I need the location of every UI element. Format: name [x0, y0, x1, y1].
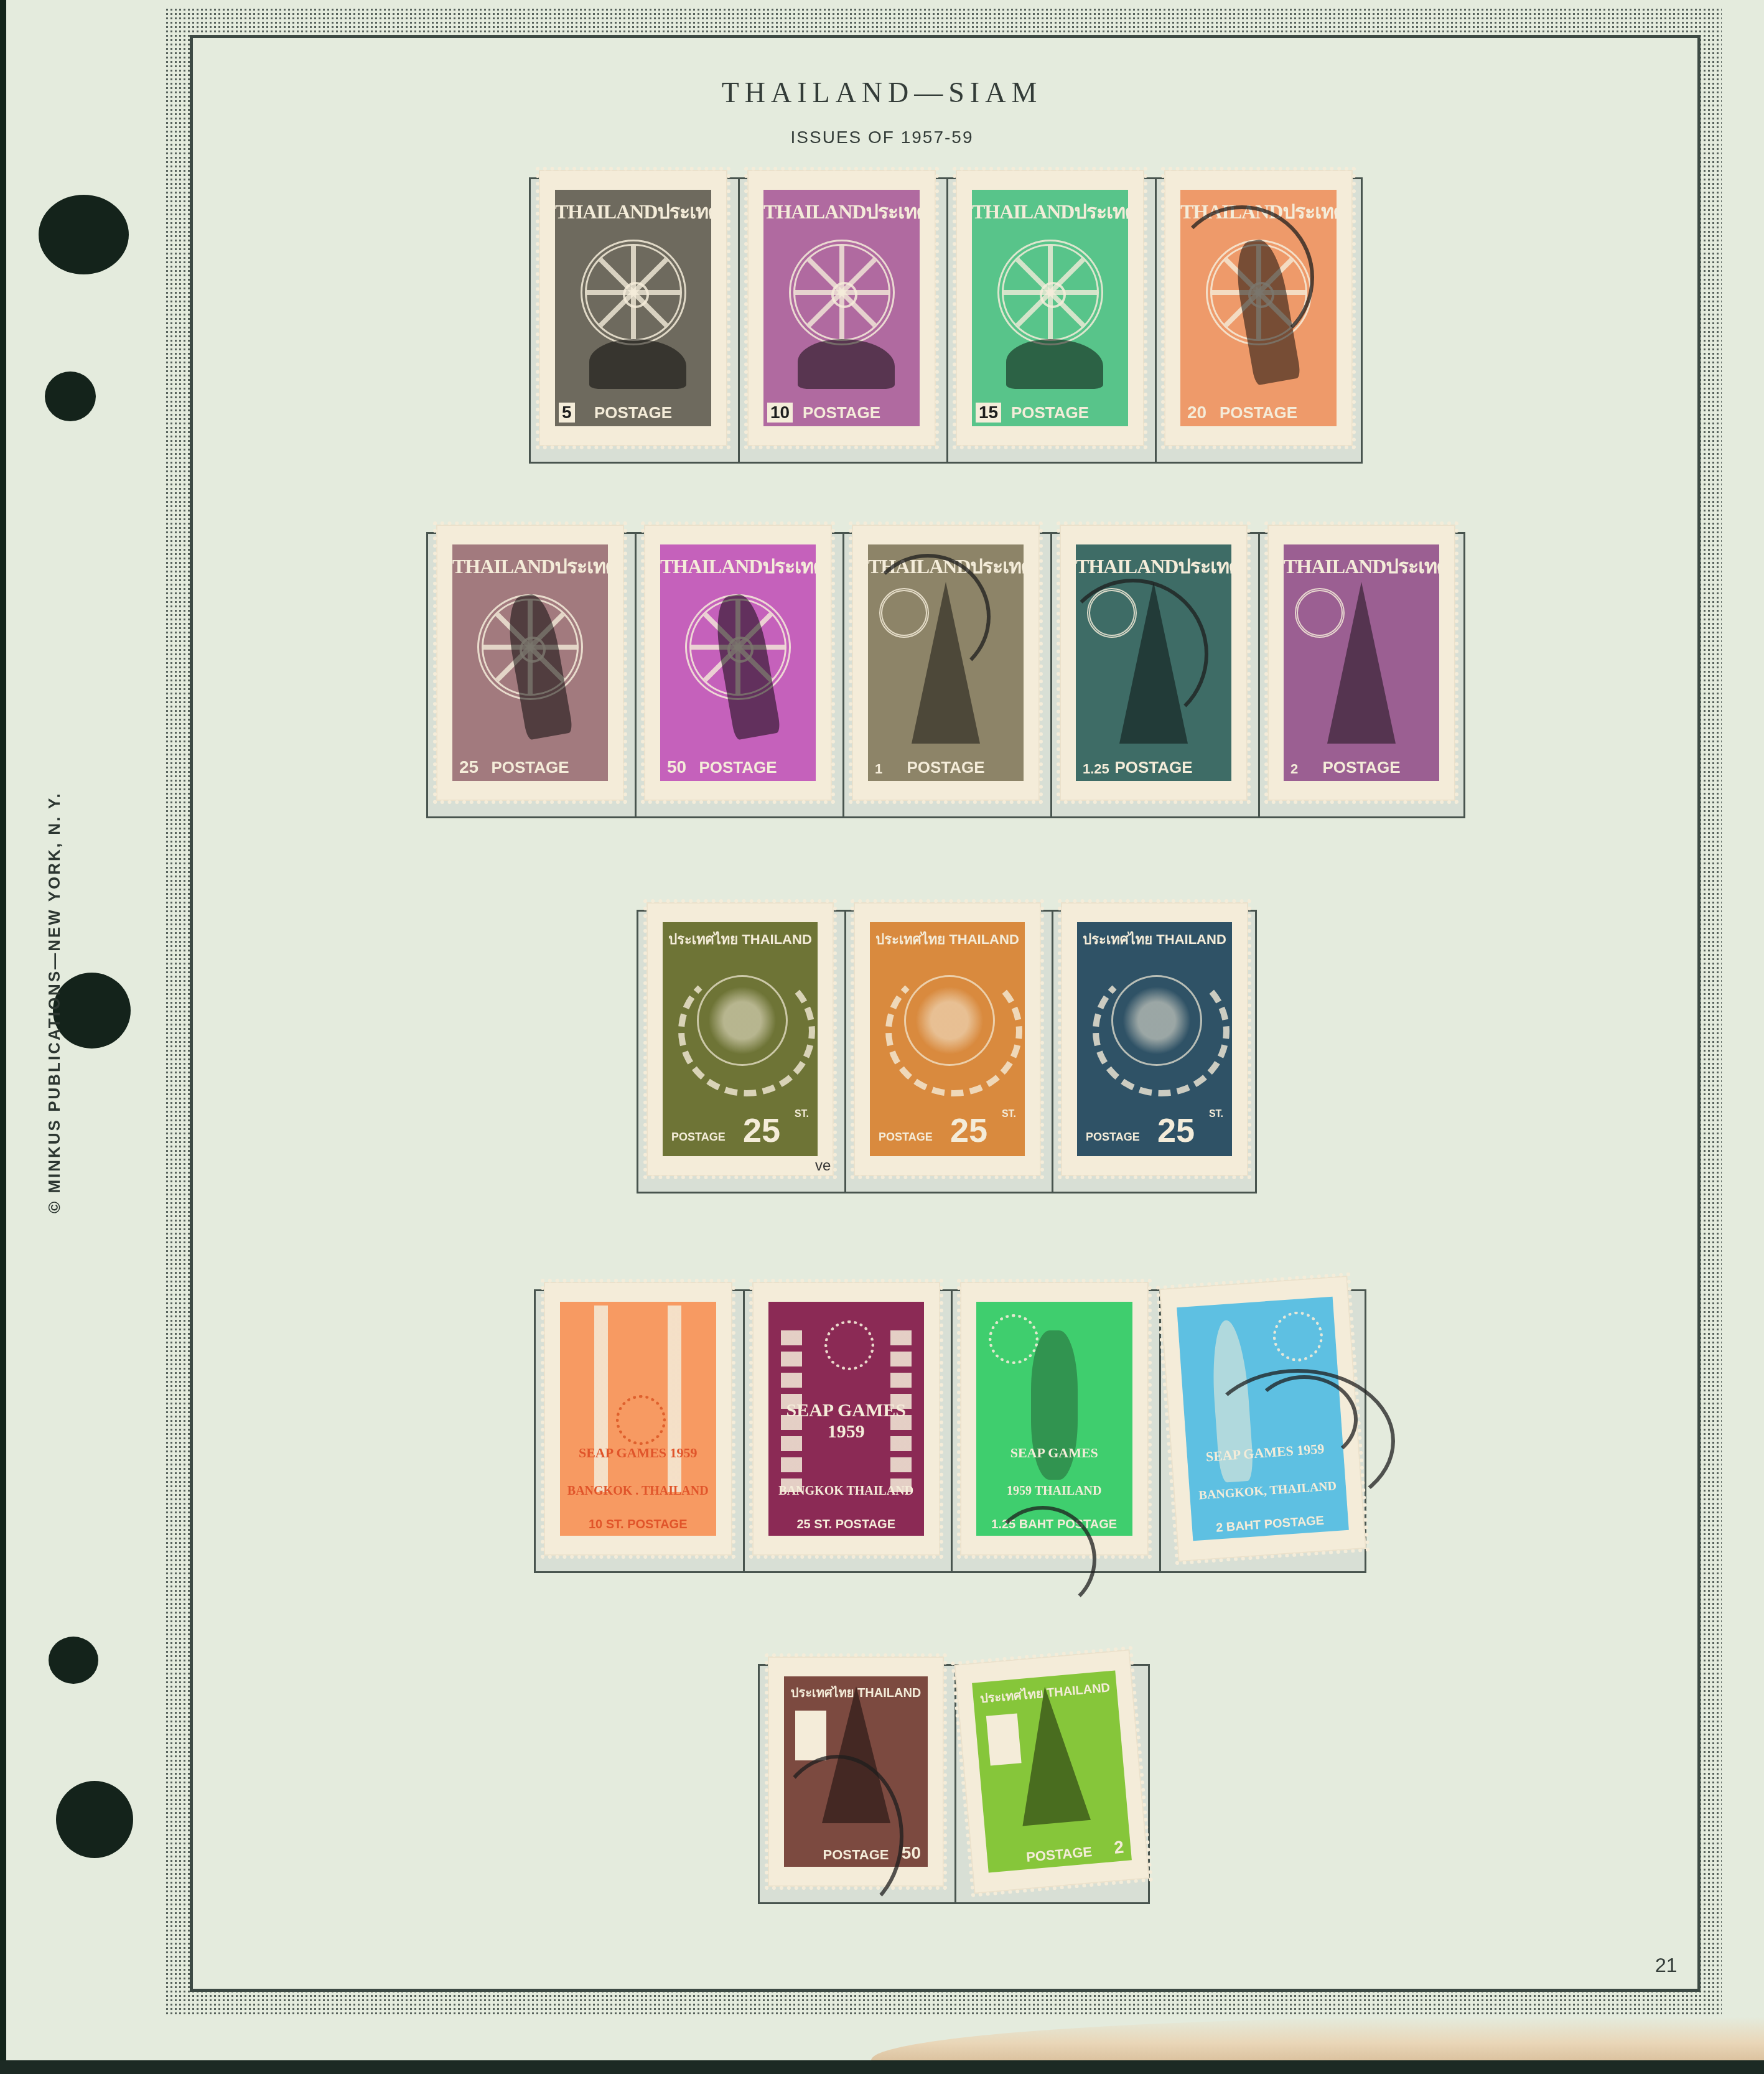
page-stain [871, 2017, 1764, 2060]
stamp[interactable]: THAILANDประเทศไทย25POSTAGE [437, 526, 623, 800]
temple-spire-icon [1010, 1684, 1091, 1826]
mount-divider [951, 1291, 953, 1571]
mount-divider [635, 534, 637, 816]
binder-hole [45, 371, 96, 421]
temple-spire-icon [912, 582, 980, 744]
temple-spire-icon [1119, 582, 1188, 744]
stamp-location-text: 1959 THAILAND [976, 1484, 1132, 1498]
stamp-country-text: THAILANDประเทศไทย [972, 196, 1128, 228]
stamp-design: SEAP GAMES 1959BANGKOK, THAILAND2 BAHT P… [1177, 1297, 1348, 1541]
seap-games-text: SEAP GAMES 1959 [560, 1445, 716, 1461]
stamp-design: THAILANDประเทศไทย50POSTAGE [660, 544, 816, 781]
binder-hole [56, 1781, 133, 1858]
stamp-postage-label: POSTAGE [452, 758, 608, 777]
stamp-postage-label: POSTAGE [1284, 758, 1439, 777]
stamp-country-text: ประเทศไทย THAILAND [663, 928, 818, 950]
stamp-unit: ST. [1209, 1109, 1223, 1120]
seap-rings-icon [1271, 1310, 1323, 1363]
stamp-country-text: THAILANDประเทศไทย [868, 551, 1024, 582]
stamp-design: THAILANDประเทศไทย1POSTAGE [868, 544, 1024, 781]
stamp[interactable]: THAILANDประเทศไทย1POSTAGE [853, 526, 1038, 800]
stamp[interactable]: ประเทศไทย THAILANDPOSTAGE2 [956, 1651, 1149, 1893]
mount-divider [738, 179, 740, 462]
dharma-wheel-icon [789, 240, 895, 345]
stamp[interactable]: ประเทศไทย THAILANDPOSTAGE25ST. [648, 904, 833, 1175]
stamp-postage-label: POSTAGE [1180, 403, 1337, 423]
stamp-design: SEAP GAMES 1959BANGKOK THAILAND25 ST. PO… [768, 1302, 925, 1536]
stamp[interactable]: SEAP GAMES1959 THAILAND1.25 BAHT POSTAGE [961, 1283, 1147, 1554]
stamp-design: SEAP GAMES 1959BANGKOK . THAILAND10 ST. … [560, 1302, 716, 1536]
mount-divider [1258, 534, 1260, 816]
stamp-postage-label: POSTAGE [1076, 758, 1231, 777]
seap-games-text: SEAP GAMES [976, 1445, 1132, 1461]
album-bottom-edge [0, 2060, 1764, 2074]
temple-spire-icon [822, 1686, 890, 1823]
binder-hole [49, 1637, 98, 1684]
deer-icon [1006, 339, 1103, 389]
stamp-value: 25 [1157, 1111, 1195, 1150]
stamp-postage-label: POSTAGE [879, 1131, 933, 1144]
stamp-country-text: THAILANDประเทศไทย [452, 551, 608, 582]
stamp[interactable]: THAILANDประเทศไทย5POSTAGE [540, 171, 726, 445]
stamp-design: THAILANDประเทศไทย1.25POSTAGE [1076, 544, 1231, 781]
binder-hole [39, 195, 129, 274]
dharma-wheel-icon [997, 240, 1103, 345]
stamp-postage-label: 10 ST. POSTAGE [560, 1518, 716, 1532]
stamp-country-text: ประเทศไทย THAILAND [1077, 928, 1232, 950]
stamp-value: 2 [1110, 1837, 1127, 1858]
stamp-postage-label: POSTAGE [1086, 1131, 1140, 1144]
dharma-wheel-icon [581, 240, 686, 345]
stamp[interactable]: SEAP GAMES 1959BANGKOK, THAILAND2 BAHT P… [1160, 1277, 1365, 1561]
temple-spire-icon [1327, 582, 1396, 744]
seap-games-text: SEAP GAMES 1959 [768, 1400, 925, 1442]
stamp-design: THAILANDประเทศไทย15POSTAGE [972, 190, 1128, 426]
un-globe-icon [1111, 975, 1202, 1066]
page-number: 21 [1655, 1954, 1678, 1977]
stamp-postage-label: 1.25 BAHT POSTAGE [976, 1518, 1132, 1532]
seap-rings-icon [824, 1320, 874, 1370]
stamp-location-text: BANGKOK THAILAND [768, 1484, 925, 1498]
mount-divider [743, 1291, 745, 1571]
stamp-value: 50 [898, 1843, 924, 1863]
mount-divider [844, 912, 846, 1192]
stamp[interactable]: SEAP GAMES 1959BANGKOK . THAILAND10 ST. … [545, 1283, 731, 1554]
stamp-country-text: THAILANDประเทศไทย [1180, 196, 1337, 228]
stamp-postage-label: POSTAGE [660, 758, 816, 777]
stamp-design: ประเทศไทย THAILANDPOSTAGE2 [972, 1671, 1132, 1873]
un-globe-icon [904, 975, 995, 1066]
stamp[interactable]: ประเทศไทย THAILANDPOSTAGE25ST. [855, 904, 1040, 1175]
stamp[interactable]: SEAP GAMES 1959BANGKOK THAILAND25 ST. PO… [754, 1283, 940, 1554]
stamp-design: THAILANDประเทศไทย25POSTAGE [452, 544, 608, 781]
stamp[interactable]: THAILANDประเทศไทย10POSTAGE [749, 171, 935, 445]
stamp-country-text: ประเทศไทย THAILAND [870, 928, 1025, 950]
stamp-unit: ST. [1002, 1109, 1016, 1120]
stamp-postage-label: POSTAGE [671, 1131, 726, 1144]
mount-divider [1050, 534, 1052, 816]
stamp-country-text: THAILANDประเทศไทย [763, 196, 920, 228]
stamp-design: THAILANDประเทศไทย5POSTAGE [555, 190, 711, 426]
mount-divider [842, 534, 844, 816]
page-title: THAILAND—SIAM [0, 76, 1764, 109]
seap-rings-icon [989, 1314, 1038, 1364]
stamp-location-text: BANGKOK . THAILAND [560, 1484, 716, 1498]
stamp[interactable]: THAILANDประเทศไทย50POSTAGE [645, 526, 831, 800]
copyright-text: © MINKUS PUBLICATIONS—NEW YORK, N. Y. [45, 529, 70, 1213]
stamp[interactable]: THAILANDประเทศไทย20POSTAGE [1165, 171, 1351, 445]
stamp-design: THAILANDประเทศไทย20POSTAGE [1180, 190, 1337, 426]
stamp-design: THAILANDประเทศไทย2POSTAGE [1284, 544, 1439, 781]
mount-divider [1052, 912, 1053, 1192]
stamp-design: SEAP GAMES1959 THAILAND1.25 BAHT POSTAGE [976, 1302, 1132, 1536]
stamp-postage-label: POSTAGE [555, 403, 711, 423]
stamp[interactable]: THAILANDประเทศไทย15POSTAGE [957, 171, 1143, 445]
album-binder-edge [0, 0, 6, 2074]
stamp-postage-label: POSTAGE [987, 1840, 1131, 1869]
stamp-design: ประเทศไทย THAILANDPOSTAGE50 [784, 1676, 928, 1867]
stamp-country-text: THAILANDประเทศไทย [1284, 551, 1439, 582]
stamp-postage-label: 2 BAHT POSTAGE [1192, 1512, 1348, 1537]
stamp-unit: ST. [795, 1109, 809, 1120]
stray-text: ve [815, 1157, 831, 1175]
stamp[interactable]: ประเทศไทย THAILANDPOSTAGE25ST. [1062, 904, 1247, 1175]
mount-divider [946, 179, 948, 462]
page-subtitle: ISSUES OF 1957-59 [0, 128, 1764, 147]
stamp-country-text: THAILANDประเทศไทย [1076, 551, 1231, 582]
stamp[interactable]: ประเทศไทย THAILANDPOSTAGE50 [769, 1658, 943, 1885]
un-globe-icon [697, 975, 788, 1066]
seap-rings-icon [616, 1395, 666, 1445]
stamp-location-text: BANGKOK, THAILAND [1189, 1478, 1345, 1503]
stamp-value: 25 [950, 1111, 987, 1150]
mount-divider [1155, 179, 1157, 462]
deer-icon [798, 339, 895, 389]
stamp-postage-label: POSTAGE [972, 403, 1128, 423]
stamp-design: THAILANDประเทศไทย10POSTAGE [763, 190, 920, 426]
stamp-postage-label: POSTAGE [868, 758, 1024, 777]
stamp-value: 25 [743, 1111, 780, 1150]
stamp-postage-label: POSTAGE [763, 403, 920, 423]
stamp[interactable]: THAILANDประเทศไทย1.25POSTAGE [1061, 526, 1246, 800]
seap-games-text: SEAP GAMES 1959 [1187, 1439, 1343, 1466]
stamp-design: ประเทศไทย THAILANDPOSTAGE25ST. [663, 922, 818, 1156]
stamp-design: ประเทศไทย THAILANDPOSTAGE25ST. [1077, 922, 1232, 1156]
stamp[interactable]: THAILANDประเทศไทย2POSTAGE [1269, 526, 1454, 800]
stamp-postage-label: 25 ST. POSTAGE [768, 1518, 925, 1532]
stamp-design: ประเทศไทย THAILANDPOSTAGE25ST. [870, 922, 1025, 1156]
stamp-country-text: THAILANDประเทศไทย [555, 196, 711, 228]
deer-icon [589, 339, 686, 389]
stamp-country-text: THAILANDประเทศไทย [660, 551, 816, 582]
